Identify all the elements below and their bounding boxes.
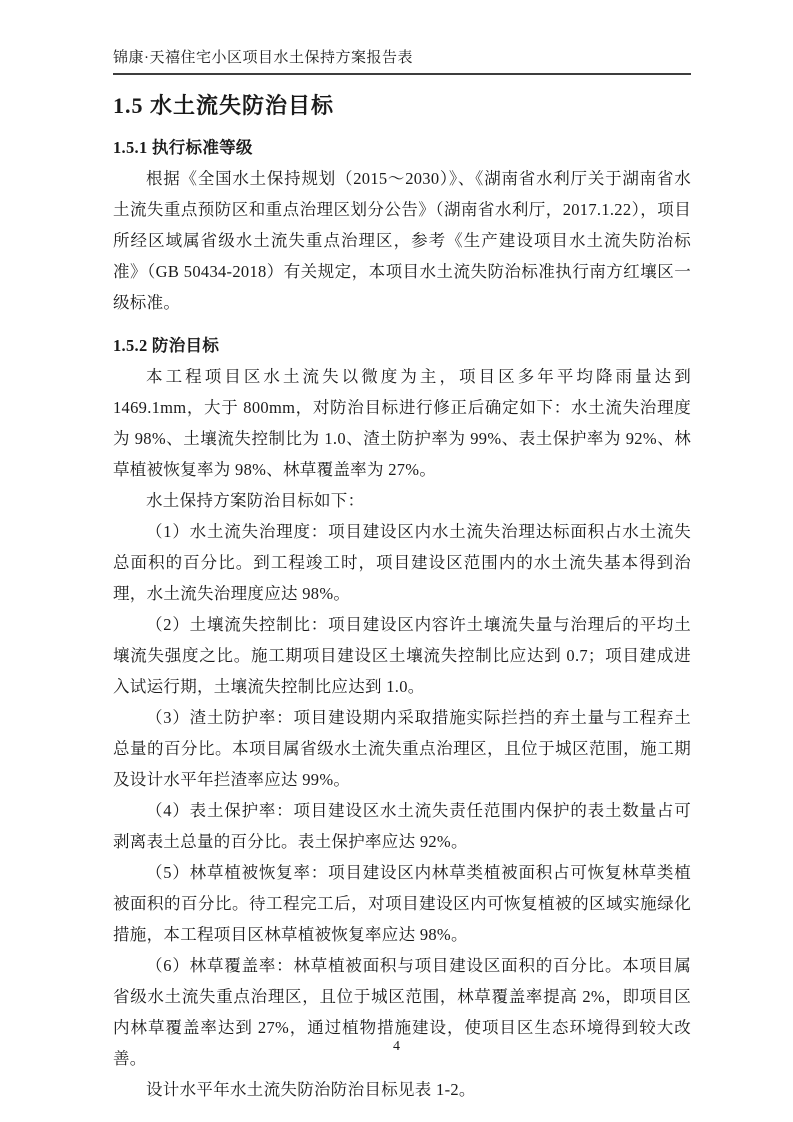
page-footer: 4 — [0, 1038, 793, 1056]
paragraph-closing-table-reference: 设计水平年水土流失防治防治目标见表 1-2。 — [113, 1074, 691, 1105]
paragraph-targets-overview: 本工程项目区水土流失以微度为主，项目区多年平均降雨量达到 1469.1mm，大于… — [113, 361, 691, 485]
paragraph-standard-basis: 根据《全国水土保持规划（2015～2030）》、《湖南省水利厅关于湖南省水土流失… — [113, 163, 691, 318]
subsection-heading-1-5-2: 1.5.2 防治目标 — [113, 330, 691, 361]
paragraph-item-5-vegetation-recovery-rate: （5）林草植被恢复率：项目建设区内林草类植被面积占可恢复林草类植被面积的百分比。… — [113, 857, 691, 950]
paragraph-item-2-soil-loss-control-ratio: （2）土壤流失控制比：项目建设区内容许土壤流失量与治理后的平均土壤流失强度之比。… — [113, 609, 691, 702]
subsection-heading-1-5-1: 1.5.1 执行标准等级 — [113, 132, 691, 163]
paragraph-item-1-erosion-control-degree: （1）水土流失治理度：项目建设区内水土流失治理达标面积占水土流失总面积的百分比。… — [113, 516, 691, 609]
running-header-title: 锦康·天禧住宅小区项目水土保持方案报告表 — [113, 50, 413, 66]
running-header: 锦康·天禧住宅小区项目水土保持方案报告表 — [113, 48, 691, 75]
paragraph-targets-intro: 水土保持方案防治目标如下： — [113, 485, 691, 516]
page-number: 4 — [393, 1039, 400, 1054]
document-page: 锦康·天禧住宅小区项目水土保持方案报告表 1.5 水土流失防治目标 1.5.1 … — [0, 0, 793, 1122]
paragraph-item-4-topsoil-protection-rate: （4）表土保护率：项目建设区水土流失责任范围内保护的表土数量占可剥离表土总量的百… — [113, 795, 691, 857]
section-heading-1-5: 1.5 水土流失防治目标 — [113, 92, 691, 120]
page-content: 锦康·天禧住宅小区项目水土保持方案报告表 1.5 水土流失防治目标 1.5.1 … — [113, 48, 691, 1105]
paragraph-item-3-spoil-protection-rate: （3）渣土防护率：项目建设期内采取措施实际拦挡的弃土量与工程弃土总量的百分比。本… — [113, 702, 691, 795]
